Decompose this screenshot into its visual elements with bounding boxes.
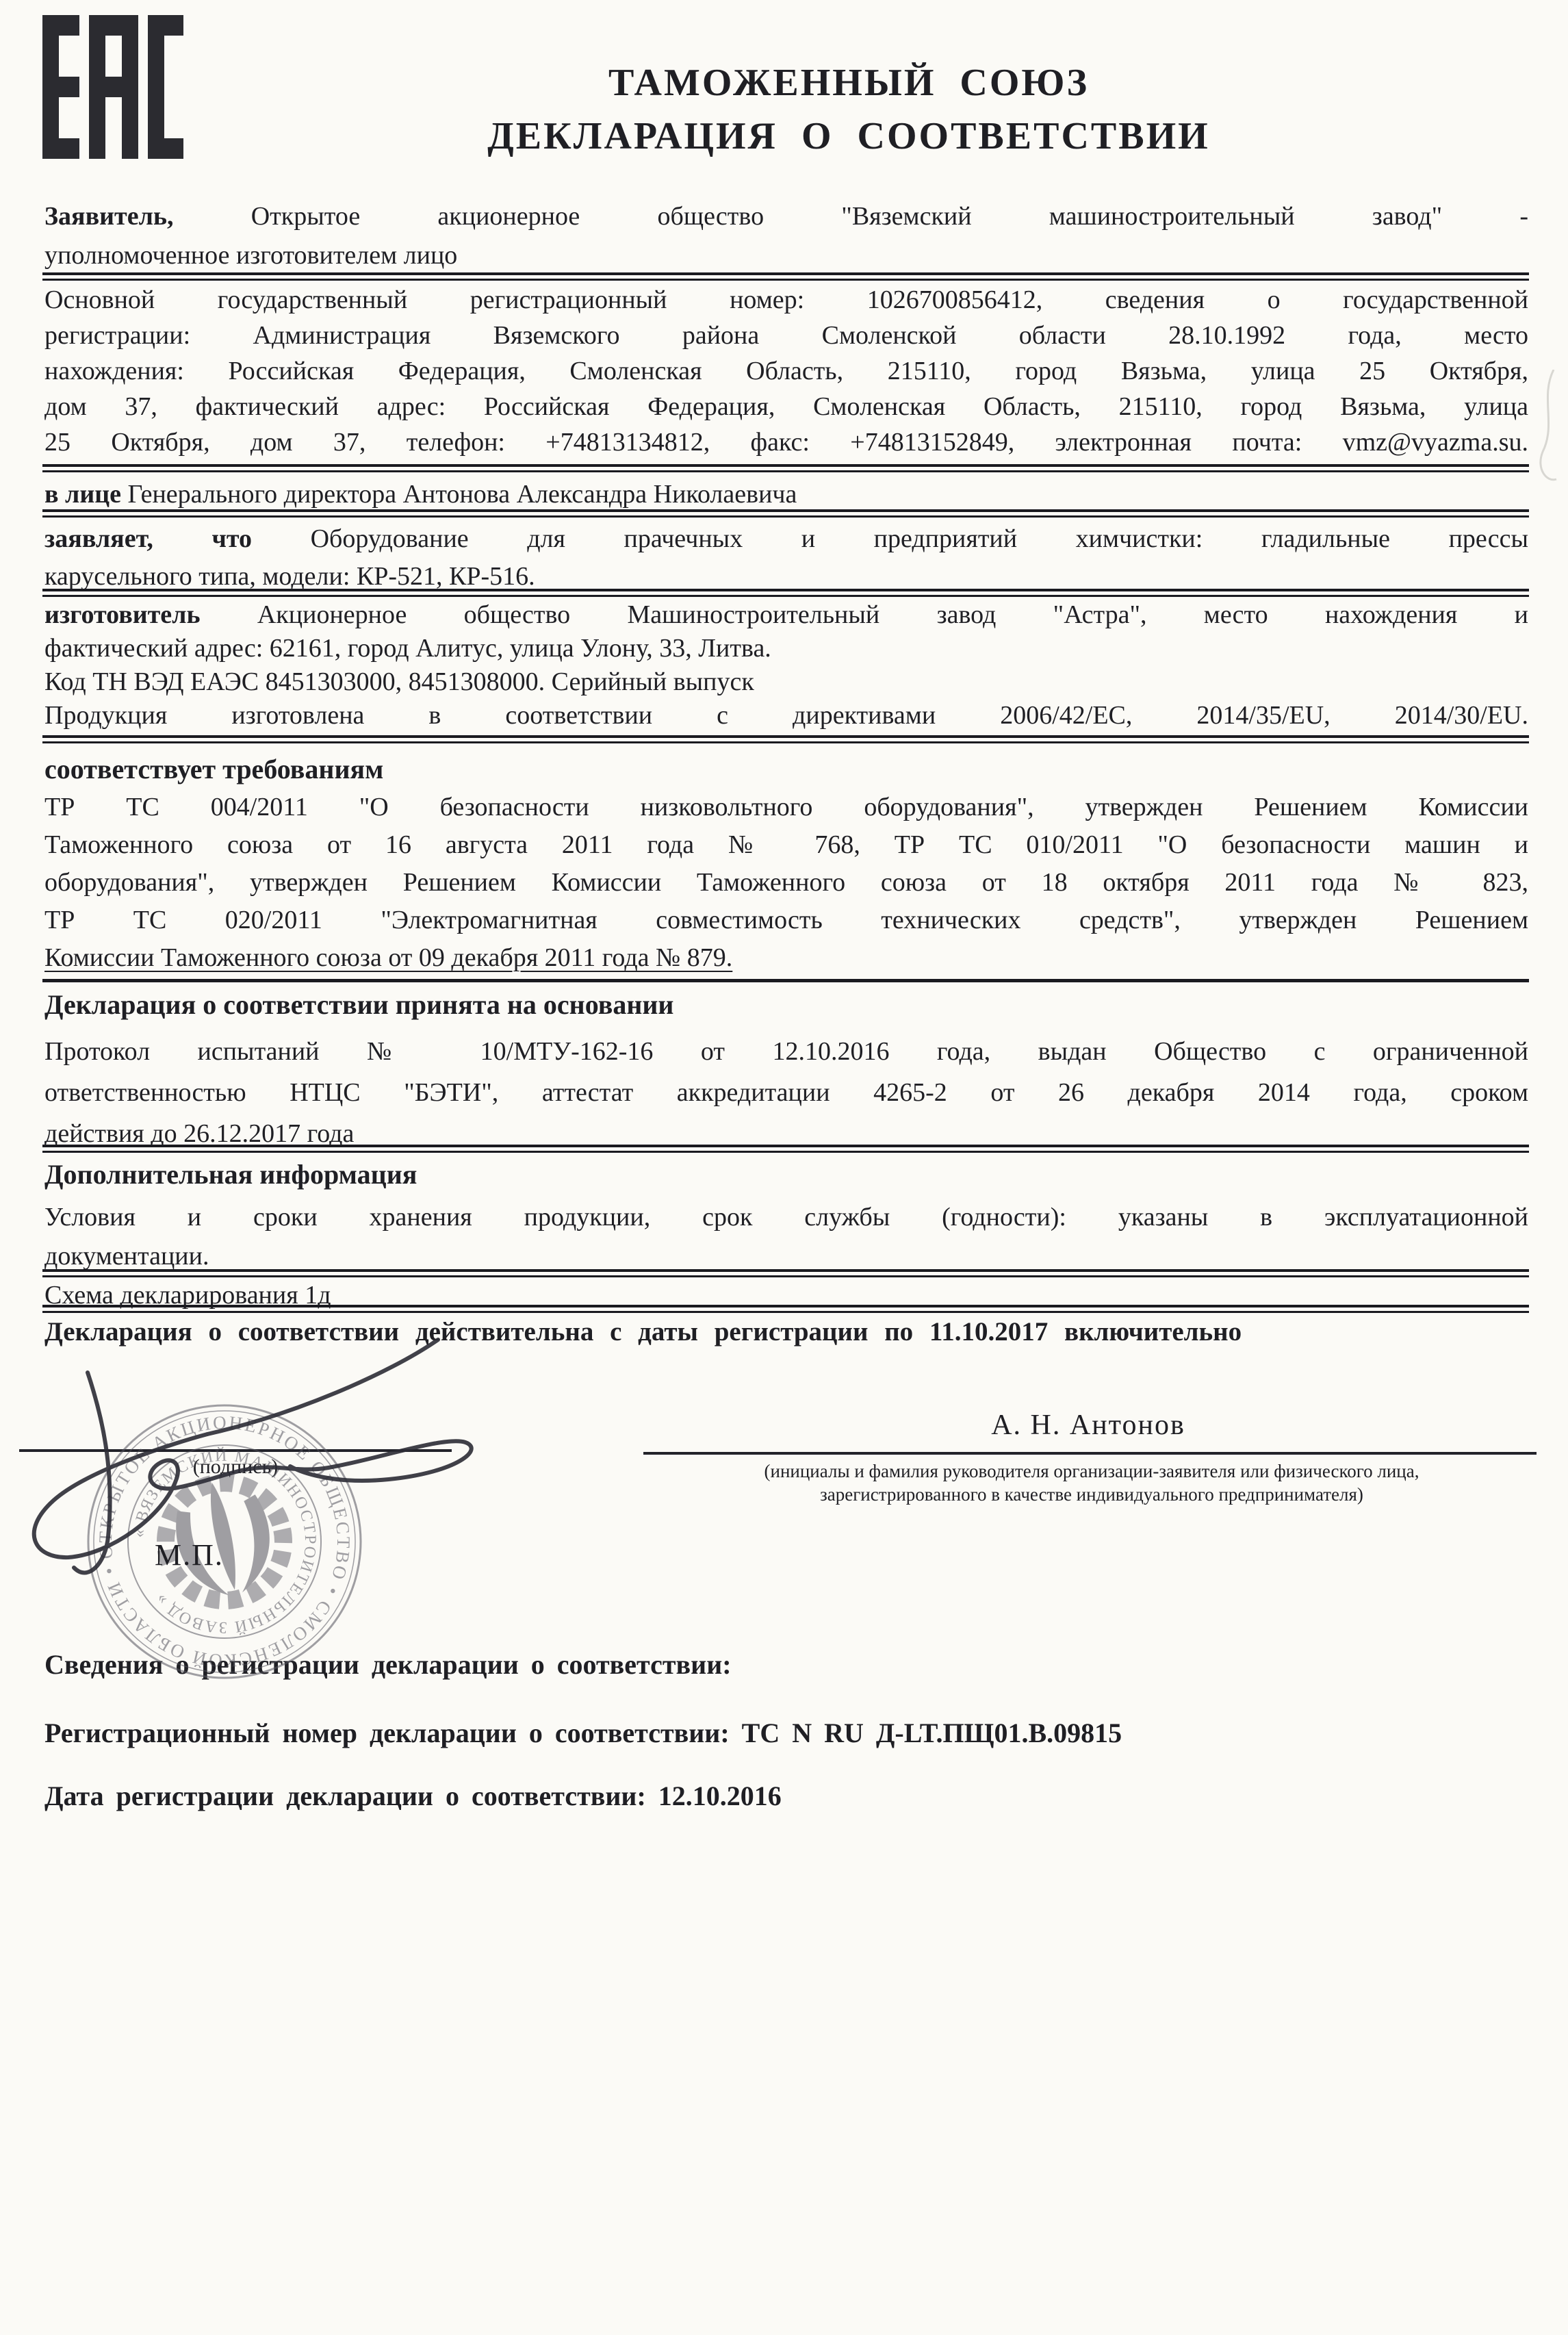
additional-line: Условия и сроки хранения продукции, срок… [44,1198,1528,1237]
separator-rule [42,979,1529,982]
applicant-rest: Открытое акционерное общество "Вяземский… [173,202,1528,231]
applicant-paragraph: Заявитель, Открытое акционерное общество… [44,197,1528,275]
applicant-line-2: уполномоченное изготовителем лицо [44,236,1528,275]
directives-line: Продукция изготовлена в соответствии с д… [44,699,1528,732]
technical-regulations-paragraph: ТР ТС 004/2011 "О безопасности низковоль… [44,789,1528,977]
ogrn-line: регистрации: Администрация Вяземского ра… [44,318,1528,353]
additional-info-paragraph: Условия и сроки хранения продукции, срок… [44,1198,1528,1276]
registration-number-line: Регистрационный номер декларации о соотв… [44,1717,1122,1749]
protocol-line: Протокол испытаний № 10/МТУ-162-16 от 12… [44,1031,1528,1072]
separator-rule [42,272,1529,281]
declares-label: заявляет, что [44,524,252,553]
ogrn-line: Основной государственный регистрационный… [44,282,1528,318]
manufacturer-line-1: изготовитель Акционерное общество Машино… [44,598,1528,632]
ogrn-line: нахождения: Российская Федерация, Смолен… [44,353,1528,389]
declares-line-1: заявляет, что Оборудование для прачечных… [44,520,1528,558]
in-person-rest: Генерального директора Антонова Александ… [121,480,797,509]
tr-line: Комиссии Таможенного союза от 09 декабря… [44,939,1528,977]
separator-rule [42,1145,1529,1153]
tr-line: ТР ТС 020/2011 "Электромагнитная совмест… [44,902,1528,939]
in-person-label: в лице [44,480,121,509]
separator-rule [42,509,1529,518]
scan-artifact [1526,370,1560,486]
separator-rule [42,735,1529,743]
document-title: ТАМОЖЕННЫЙ СОЮЗ ДЕКЛАРАЦИЯ О СООТВЕТСТВИ… [130,56,1567,163]
basis-header: Декларация о соответствии принята на осн… [44,986,1528,1024]
tnved-code-line: Код ТН ВЭД ЕАЭС 8451303000, 8451308000. … [44,665,1528,699]
name-caption: (инициалы и фамилия руководителя организ… [640,1459,1543,1506]
signature-scribble [5,1331,498,1605]
scanned-declaration-page: ТАМОЖЕННЫЙ СОЮЗ ДЕКЛАРАЦИЯ О СООТВЕТСТВИ… [0,0,1568,2335]
tr-line: ТР ТС 004/2011 "О безопасности низковоль… [44,789,1528,826]
ogrn-line: дом 37, фактический адрес: Российская Фе… [44,389,1528,424]
manufacturer-paragraph: изготовитель Акционерное общество Машино… [44,598,1528,732]
separator-rule [42,589,1529,597]
separator-rule [42,1305,1529,1313]
tr-line: Таможенного союза от 16 августа 2011 год… [44,826,1528,864]
in-person-line: в лице Генерального директора Антонова А… [44,475,1528,513]
title-line-2: ДЕКЛАРАЦИЯ О СООТВЕТСТВИИ [130,110,1567,163]
declares-rest: Оборудование для прачечных и предприятий… [252,524,1528,553]
manufacturer-line-2: фактический адрес: 62161, город Алитус, … [44,632,1528,665]
declares-paragraph: заявляет, что Оборудование для прачечных… [44,520,1528,596]
separator-rule [42,464,1529,472]
manufacturer-label: изготовитель [44,600,201,629]
registration-info-paragraph: Основной государственный регистрационный… [44,282,1528,460]
tr-line: оборудования", утвержден Решением Комисс… [44,864,1528,902]
title-line-1: ТАМОЖЕННЫЙ СОЮЗ [130,56,1567,110]
meets-requirements-header: соответствует требованиям [44,750,1528,789]
name-caption-line-1: (инициалы и фамилия руководителя организ… [640,1459,1543,1483]
seal-place-mark: М.П. [155,1537,224,1572]
additional-info-header: Дополнительная информация [44,1156,1528,1194]
test-protocol-paragraph: Протокол испытаний № 10/МТУ-162-16 от 12… [44,1031,1528,1154]
manufacturer-rest: Акционерное общество Машиностроительный … [201,600,1528,629]
registration-date-line: Дата регистрации декларации о соответств… [44,1780,782,1812]
name-caption-line-2: зарегистрированного в качестве индивидуа… [640,1483,1543,1506]
applicant-label: Заявитель, [44,202,173,231]
signer-name: А. Н. Антонов [643,1409,1533,1442]
ogrn-line: 25 Октября, дом 37, телефон: +7481313481… [44,424,1528,460]
name-line [643,1452,1537,1455]
applicant-line-1: Заявитель, Открытое акционерное общество… [44,197,1528,236]
protocol-line: ответственностью НТЦС "БЭТИ", аттестат а… [44,1072,1528,1113]
